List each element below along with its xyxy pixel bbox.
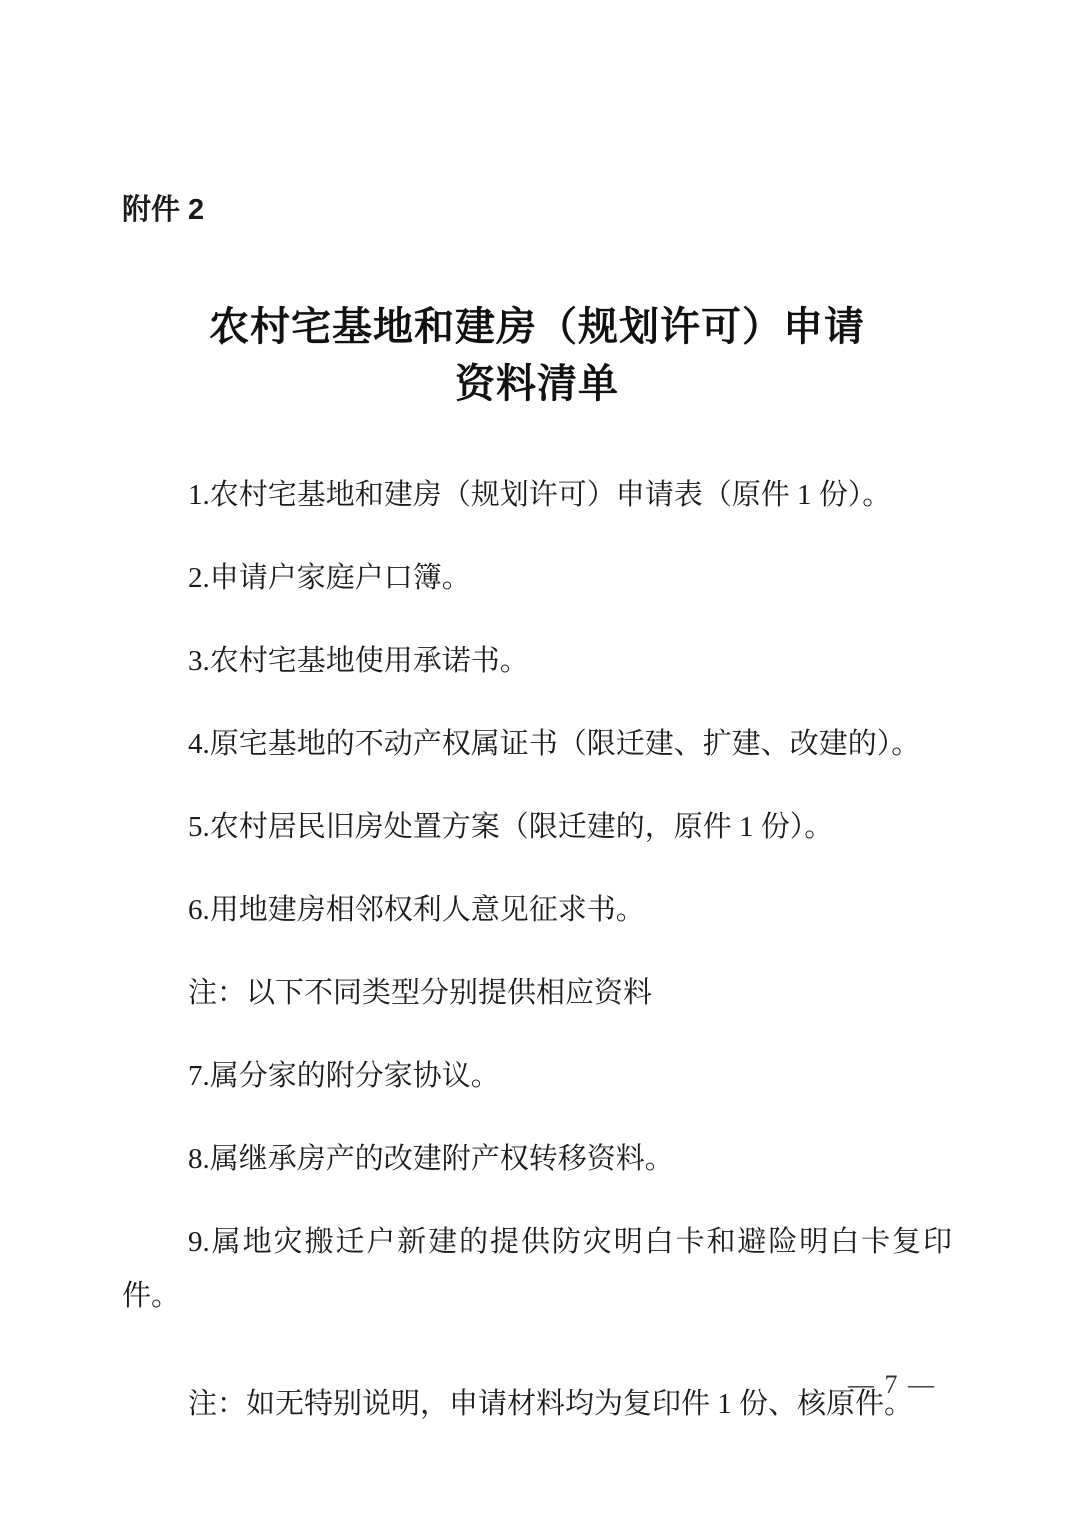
- list-item: 4.原宅基地的不动产权属证书（限迁建、扩建、改建的）。: [122, 717, 952, 771]
- footnote: 注：如无特别说明，申请材料均为复印件 1 份、核原件。: [122, 1377, 952, 1431]
- list-item: 1.农村宅基地和建房（规划许可）申请表（原件 1 份）。: [122, 468, 952, 522]
- materials-list: 1.农村宅基地和建房（规划许可）申请表（原件 1 份）。 2.申请户家庭户口簿。…: [122, 468, 952, 1323]
- list-item: 2.申请户家庭户口簿。: [122, 551, 952, 605]
- document-title: 农村宅基地和建房（规划许可）申请 资料清单: [122, 298, 952, 412]
- list-item: 8.属继承房产的改建附产权转移资料。: [122, 1132, 952, 1186]
- list-item: 5.农村居民旧房处置方案（限迁建的，原件 1 份）。: [122, 800, 952, 854]
- list-note: 注：以下不同类型分别提供相应资料: [122, 966, 952, 1020]
- document-title-line2: 资料清单: [122, 355, 952, 412]
- list-item: 9.属地灾搬迁户新建的提供防灾明白卡和避险明白卡复印件。: [122, 1215, 952, 1323]
- document-title-line1: 农村宅基地和建房（规划许可）申请: [122, 298, 952, 355]
- document-page: 附件 2 农村宅基地和建房（规划许可）申请 资料清单 1.农村宅基地和建房（规划…: [0, 0, 1074, 1520]
- page-number: — 7 —: [848, 1370, 936, 1400]
- list-item: 3.农村宅基地使用承诺书。: [122, 634, 952, 688]
- list-item: 7.属分家的附分家协议。: [122, 1049, 952, 1103]
- attachment-label: 附件 2: [122, 192, 952, 228]
- list-item: 6.用地建房相邻权利人意见征求书。: [122, 883, 952, 937]
